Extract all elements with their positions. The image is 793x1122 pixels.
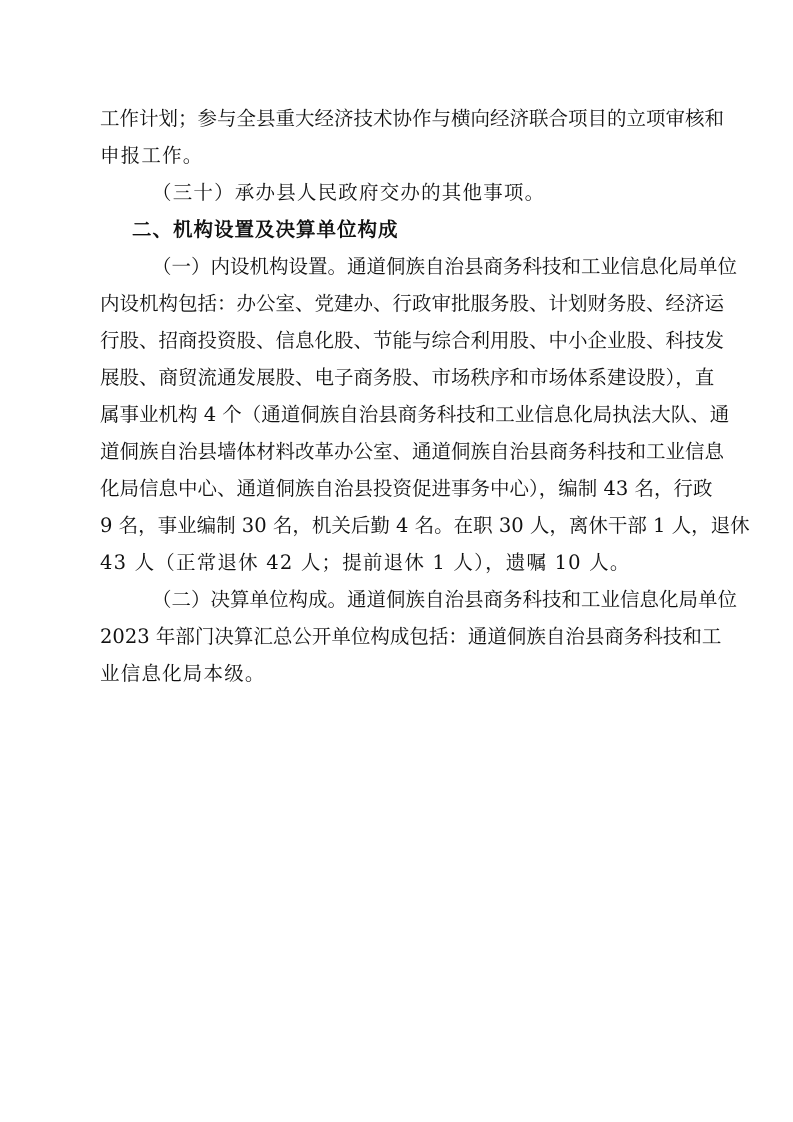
section-heading: 二、机构设置及决算单位构成 bbox=[100, 211, 694, 248]
text-line: 9 名，事业编制 30 名，机关后勤 4 名。在职 30 人，离休干部 1 人，… bbox=[100, 507, 694, 544]
text-line: 行股、招商投资股、信息化股、节能与综合利用股、中小企业股、科技发 bbox=[100, 322, 694, 359]
text-line: 属事业机构 4 个（通道侗族自治县商务科技和工业信息化局执法大队、通 bbox=[100, 396, 694, 433]
paragraph-item-30: （三十）承办县人民政府交办的其他事项。 bbox=[100, 174, 694, 211]
text-line: 道侗族自治县墙体材料改革办公室、通道侗族自治县商务科技和工业信息 bbox=[100, 433, 694, 470]
text-line: 申报工作。 bbox=[100, 137, 694, 174]
paragraph-budget-units: （二）决算单位构成。通道侗族自治县商务科技和工业信息化局单位 2023 年部门决… bbox=[100, 581, 694, 692]
text-line: （三十）承办县人民政府交办的其他事项。 bbox=[100, 174, 694, 211]
text-line: 化局信息中心、通道侗族自治县投资促进事务中心），编制 43 名，行政 bbox=[100, 470, 694, 507]
text-line: 展股、商贸流通发展股、电子商务股、市场秩序和市场体系建设股），直 bbox=[100, 359, 694, 396]
text-line: 内设机构包括：办公室、党建办、行政审批服务股、计划财务股、经济运 bbox=[100, 285, 694, 322]
text-line: 业信息化局本级。 bbox=[100, 655, 694, 692]
text-line: 2023 年部门决算汇总公开单位构成包括：通道侗族自治县商务科技和工 bbox=[100, 618, 694, 655]
text-line: 43 人（正常退休 42 人；提前退休 1 人），遗嘱 10 人。 bbox=[100, 544, 694, 581]
document-page: 工作计划；参与全县重大经济技术协作与横向经济联合项目的立项审核和 申报工作。 （… bbox=[100, 100, 694, 692]
paragraph-work-plan: 工作计划；参与全县重大经济技术协作与横向经济联合项目的立项审核和 申报工作。 bbox=[100, 100, 694, 174]
text-line: 工作计划；参与全县重大经济技术协作与横向经济联合项目的立项审核和 bbox=[100, 100, 694, 137]
paragraph-internal-organization: （一）内设机构设置。通道侗族自治县商务科技和工业信息化局单位 内设机构包括：办公… bbox=[100, 248, 694, 581]
text-line: （二）决算单位构成。通道侗族自治县商务科技和工业信息化局单位 bbox=[100, 581, 694, 618]
text-line: （一）内设机构设置。通道侗族自治县商务科技和工业信息化局单位 bbox=[100, 248, 694, 285]
